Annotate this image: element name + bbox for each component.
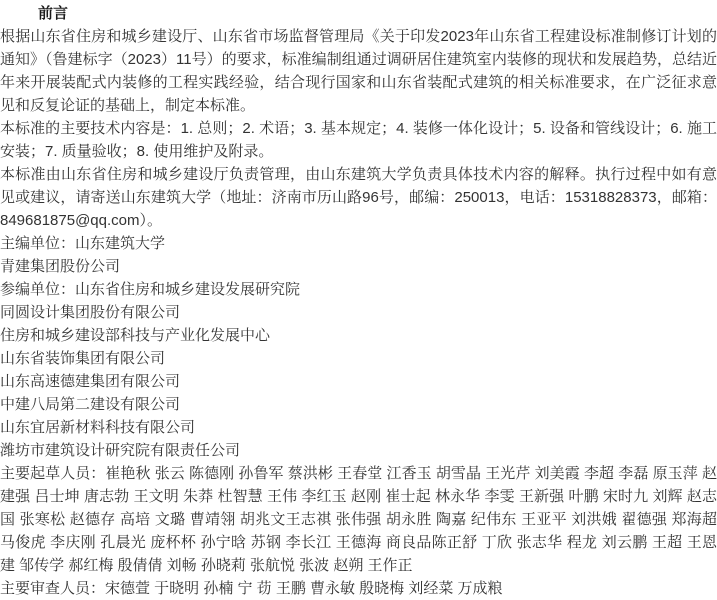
page-title: 前言 <box>0 2 717 25</box>
reviewers-list: 主要审查人员：宋德萱 于晓明 孙楠 宁 苆 王鹏 曹永敏 殷晓梅 刘经菜 万成粮 <box>0 577 717 600</box>
intro-paragraph-contact: 本标准由山东省住房和城乡建设厅负责管理，由山东建筑大学负责具体技术内容的解释。执… <box>0 163 717 232</box>
chief-editor-unit-line: 主编单位：山东建筑大学 <box>0 232 717 255</box>
participating-unit-line-5: 山东高速德建集团有限公司 <box>0 370 717 393</box>
document-page: 前言 根据山东省住房和城乡建设厅、山东省市场监督管理局《关于印发2023年山东省… <box>0 0 717 600</box>
participating-unit-line-2: 同圆设计集团股份有限公司 <box>0 301 717 324</box>
participating-unit-line-3: 住房和城乡建设部科技与产业化发展中心 <box>0 324 717 347</box>
intro-paragraph-basis: 根据山东省住房和城乡建设厅、山东省市场监督管理局《关于印发2023年山东省工程建… <box>0 25 717 117</box>
intro-paragraph-contents: 本标准的主要技术内容是：1. 总则；2. 术语；3. 基本规定；4. 装修一体化… <box>0 117 717 163</box>
drafters-list: 主要起草人员：崔艳秋 张云 陈德刚 孙鲁军 蔡洪彬 王春堂 江香玉 胡雪晶 王光… <box>0 462 717 577</box>
participating-unit-line-4: 山东省装饰集团有限公司 <box>0 347 717 370</box>
participating-unit-line-7: 山东宜居新材料科技有限公司 <box>0 416 717 439</box>
participating-unit-line-6: 中建八局第二建设有限公司 <box>0 393 717 416</box>
chief-editor-unit-line-2: 青建集团股份公司 <box>0 255 717 278</box>
participating-unit-line-8: 潍坊市建筑设计研究院有限责任公司 <box>0 439 717 462</box>
participating-unit-line-1: 参编单位：山东省住房和城乡建设发展研究院 <box>0 278 717 301</box>
